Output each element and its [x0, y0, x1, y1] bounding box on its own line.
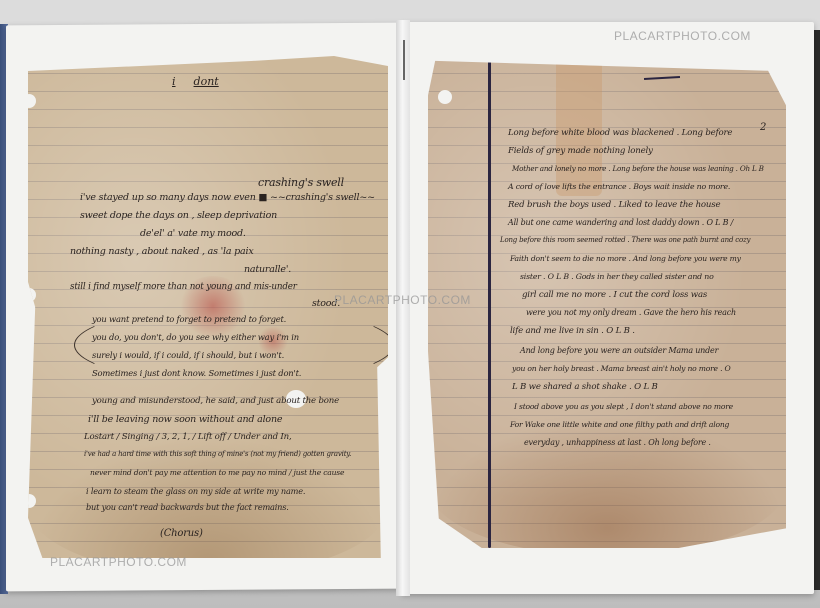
lyric-line: Red brush the boys used . Liked to leave…	[508, 200, 720, 210]
lyric-line: you on her holy breast . Mama breast ain…	[512, 364, 731, 373]
binder-hole	[28, 94, 36, 108]
lyric-line: Sometimes i just dont know. Sometimes i …	[92, 368, 301, 378]
chorus-marker: (Chorus)	[160, 528, 203, 539]
margin-line	[488, 56, 491, 548]
song-title: idont	[172, 75, 219, 88]
lyric-line: de'el' a' vate my mood.	[140, 228, 246, 239]
lyric-line: still i find myself more than not young …	[70, 282, 297, 292]
binder-hole	[438, 90, 452, 104]
watermark-center: PLACARTPHOTO.COM	[334, 293, 471, 307]
lyric-line: Lostart / Singing / 3, 2, 1, / Lift off …	[84, 432, 292, 442]
lyric-line: but you can't read backwards but the fac…	[86, 502, 289, 512]
lyric-line: young and misunderstood, he said, and ju…	[92, 396, 339, 406]
lyric-line: And long before you were an outsider Mam…	[520, 346, 718, 355]
lyric-line: nothing nasty , about naked , as 'la pai…	[70, 246, 254, 257]
orange-stain	[556, 56, 602, 196]
lyric-line: Faith don't seem to die no more . And lo…	[510, 254, 741, 263]
lyric-line: Fields of grey made nothing lonely	[508, 146, 653, 156]
lyric-line: everyday , unhappiness at last . Oh long…	[524, 438, 711, 447]
lyric-line: i'll be leaving now soon without and alo…	[88, 414, 282, 425]
lyric-line: L B we shared a shot shake . O L B	[512, 382, 658, 392]
lyric-line: life and me live in sin . O L B .	[510, 326, 635, 336]
lyric-line: All but one came wandering and lost dadd…	[508, 218, 733, 227]
lyric-line: i've stayed up so many days now even ■ ~…	[80, 192, 375, 203]
lyric-line: were you not my only dream . Gave the he…	[526, 308, 736, 317]
song-title-word-2: dont	[194, 75, 219, 88]
watermark-bottom-left: PLACARTPHOTO.COM	[50, 555, 187, 569]
lyric-line: surely i would, if i could, if i should,…	[92, 350, 284, 360]
lyric-line: Mother and lonely no more . Long before …	[512, 164, 764, 173]
song-title-word-1: i	[172, 75, 176, 88]
lyric-line: sister . O L B . Gods in her they called…	[520, 272, 714, 281]
book-cover-edge-right	[814, 30, 820, 590]
lyric-line: sweet dope the days on , sleep deprivati…	[80, 210, 277, 221]
watermark-top-right: PLACARTPHOTO.COM	[614, 29, 751, 43]
lyric-line: Long before white blood was blackened . …	[508, 128, 732, 138]
lyric-line: never mind don't pay me attention to me …	[90, 468, 344, 477]
lyric-line: I stood above you as you slept , I don't…	[514, 402, 733, 411]
lyric-line: you want pretend to forget to pretend to…	[92, 314, 286, 324]
lyric-line: naturalle'.	[244, 264, 291, 275]
lyric-line: A cord of love lifts the entrance . Boys…	[508, 182, 730, 191]
book-spine	[396, 20, 410, 596]
lyric-line: i've had a hard time with this soft thin…	[84, 450, 351, 458]
lyric-line: Long before this room seemed rotted . Th…	[500, 236, 750, 244]
page-mark: 2	[760, 122, 766, 133]
spine-shadow-line	[403, 40, 405, 80]
lyric-line: girl call me no more . I cut the cord lo…	[522, 290, 707, 300]
correction-text: crashing's swell	[258, 176, 344, 189]
lyric-line: i learn to steam the glass on my side at…	[86, 486, 305, 496]
lyric-line: For Wake one little white and one filthy…	[510, 420, 729, 429]
water-stain	[428, 416, 786, 548]
lyric-line: you do, you don't, do you see why either…	[92, 332, 299, 342]
